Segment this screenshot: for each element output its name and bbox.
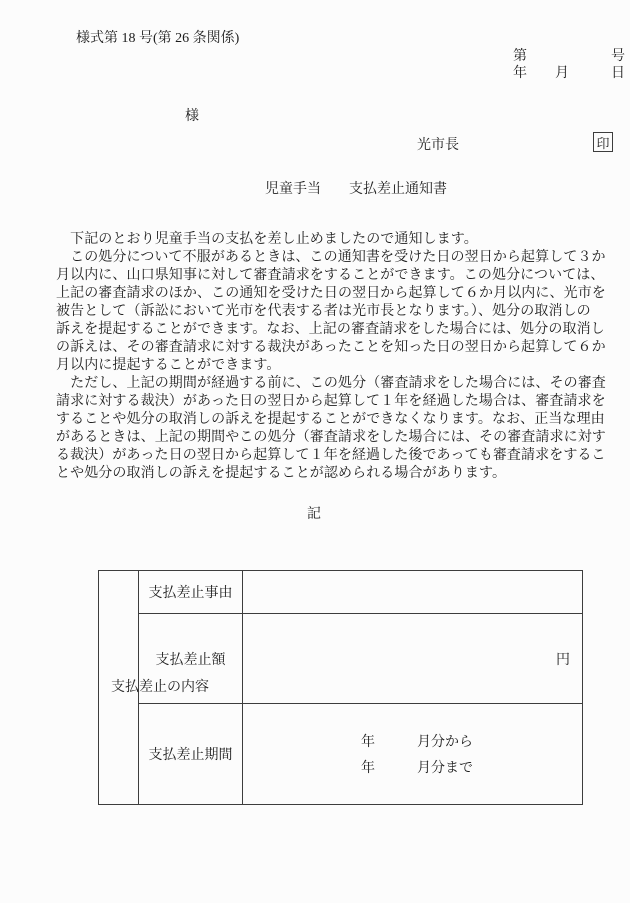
period-label: 支払差止期間 (139, 704, 243, 804)
reason-value-cell (243, 571, 582, 613)
document-title: 児童手当 支払差止通知書 (0, 178, 630, 198)
body-line: 上記の審査請求のほか、この通知を受けた日の翌日から起算して６か月以内に、光市を (56, 285, 623, 303)
period-value-cell: 年 月分から 年 月分まで (243, 704, 582, 804)
body-line: 訴えを提起することができます。なお、上記の審査請求をした場合には、処分の取消し (56, 321, 623, 339)
body-line: 被告として（訴訟において光市を代表する者は光市長となります。）、処分の取消しの (56, 303, 623, 321)
body-line: 下記のとおり児童手当の支払を差し止めましたので通知します。 (56, 231, 623, 249)
issuer-title: 光市長 (417, 134, 459, 154)
body-line: することや処分の取消しの訴えを提起することができなくなります。なお、正当な理由 (56, 411, 623, 429)
addressee-suffix: 様 (185, 105, 199, 125)
body-line: の訴えは、その審査請求に対する裁決があったことを知った日の翌日から起算して６か (56, 339, 623, 357)
notice-body: 下記のとおり児童手当の支払を差し止めましたので通知します。 この処分について不服… (56, 231, 623, 483)
table-row-amount: 支払差止額 円 (139, 614, 582, 704)
body-line: があるときは、上記の期間やこの処分（審査請求をした場合には、その審査請求に対す (56, 429, 623, 447)
row-group-header-vertical-text: 支払差止の内容 (111, 673, 126, 703)
reason-label: 支払差止事由 (139, 571, 243, 613)
period-from-line: 年 月分から (361, 730, 582, 756)
seal-box: 印 (593, 132, 613, 152)
period-to-line: 年 月分まで (361, 756, 582, 782)
seal-icon: 印 (596, 133, 609, 152)
amount-unit: 円 (556, 649, 570, 669)
body-line: ただし、上記の期間が経過する前に、この処分（審査請求をした場合には、その審査 (56, 375, 623, 393)
table-row-period: 支払差止期間 年 月分から 年 月分まで (139, 704, 582, 804)
notice-document-page: 様式第 18 号(第 26 条関係) 第 号 年 月 日 様 光市長 印 児童手… (0, 0, 630, 903)
row-group-header-cell: 支払差止の内容 (99, 571, 139, 804)
amount-label: 支払差止額 (139, 614, 243, 703)
body-line: る裁決）があった日の翌日から起算して１年を経過した後であっても審査請求をするこ (56, 447, 623, 465)
body-line: とや処分の取消しの訴えを提起することが認められる場合があります。 (56, 465, 623, 483)
suspension-details-table: 支払差止の内容 支払差止事由 支払差止額 円 支払差止期間 年 月分から 年 月… (98, 570, 583, 805)
body-line: この処分について不服があるときは、この通知書を受けた日の翌日から起算して３か (56, 249, 623, 267)
form-number: 様式第 18 号(第 26 条関係) (76, 27, 239, 47)
body-line: 月以内に、山口県知事に対して審査請求をすることができます。この処分については、 (56, 267, 623, 285)
table-rows: 支払差止事由 支払差止額 円 支払差止期間 年 月分から 年 月分まで (139, 571, 582, 804)
body-line: 月以内に提起することができます。 (56, 357, 623, 375)
issue-date-line: 年 月 日 (513, 62, 625, 82)
table-row-reason: 支払差止事由 (139, 571, 582, 614)
body-line: 請求に対する裁決）があった日の翌日から起算して１年を経過した場合は、審査請求を (56, 393, 623, 411)
amount-value-cell: 円 (243, 614, 582, 703)
record-heading: 記 (0, 503, 630, 523)
